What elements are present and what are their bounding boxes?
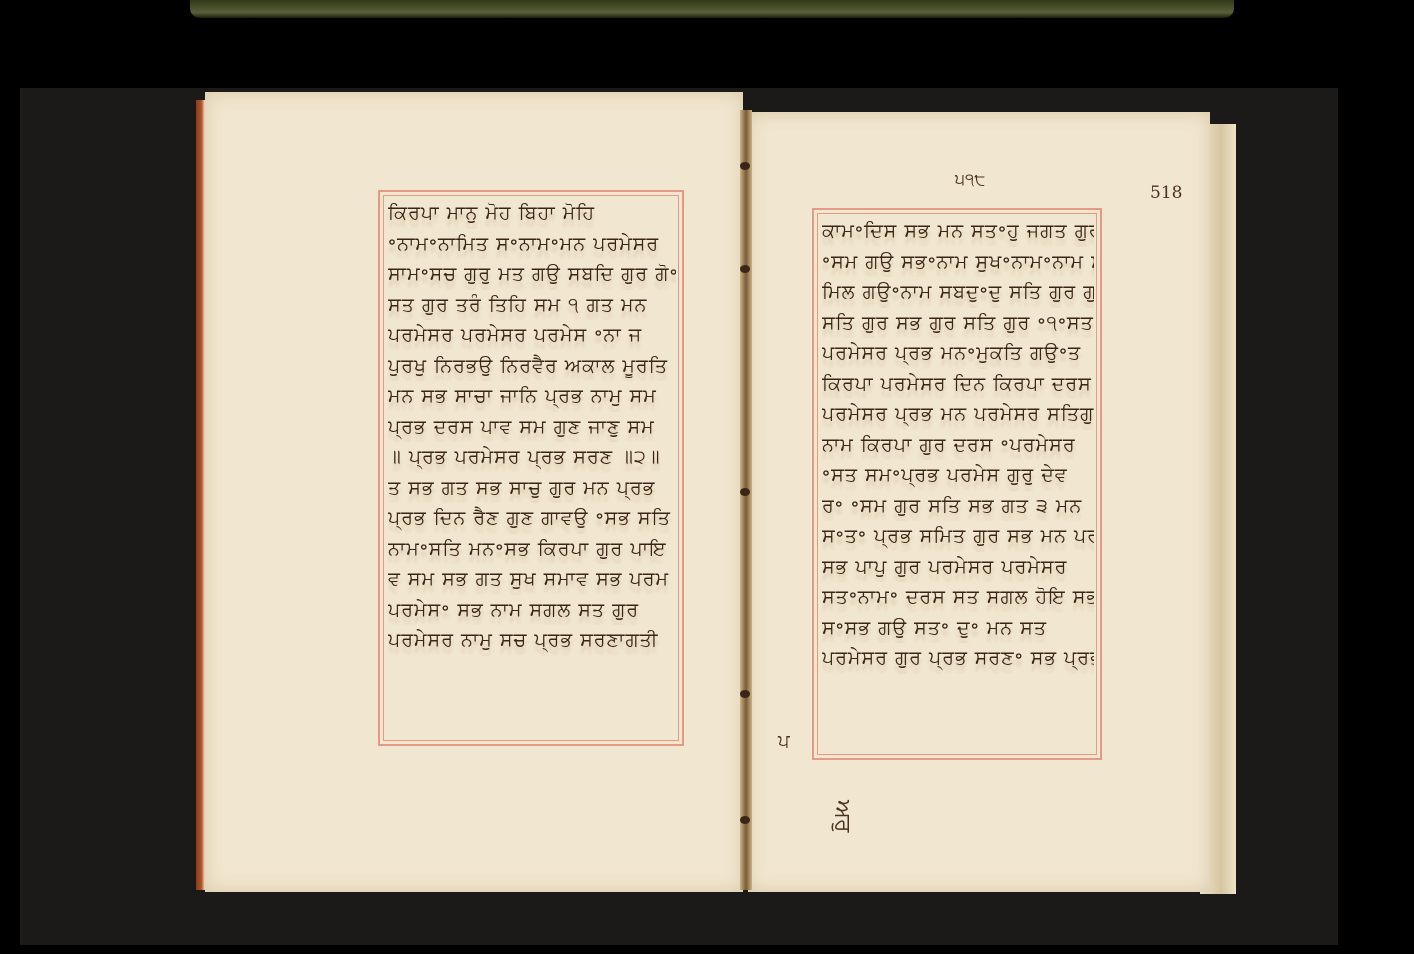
manuscript-line: ਪਰਮੇਸਰ ਪ੍ਰਭ ਮਨ ਪਰਮੇਸਰ ਸਤਿਗੁਰ [822,399,1094,430]
margin-mark: ਪ [778,731,790,752]
manuscript-line: ਵ ਸਮ ਸਭ ਗਤ ਸੁਖ ਸਮਾਵ ਸਭ ਪਰਮ [388,564,676,595]
manuscript-line: ਮਿਲ ਗਉ॰ਨਾਮ ਸਬਦੁ॰ਦੁ ਸਤਿ ਗੁਰ ਗੁ [822,277,1094,308]
manuscript-line: ਸਾਮ॰ਸਚ ਗੁਰੁ ਮਤ ਗਉ ਸਬਦਿ ਗੁਰ ਗੋ॰੧ [388,259,676,290]
manuscript-line: ਪ੍ਰਭ ਦਿਨ ਰੈਣ ਗੁਣ ਗਾਵਉ ॰ਸਭ ਸਤਿ [388,503,676,534]
manuscript-line: ॰ਸਮ ਗਉ ਸਭ॰ਨਾਮ ਸੁਖ॰ਨਾਮ॰ਨਾਮ ਸੁਖ [822,247,1094,278]
manuscript-line: ਸਭ ਪਾਪੁ ਗੁਰ ਪਰਮੇਸਰ ਪਰਮੇਸਰ [822,552,1094,583]
folio-number-arabic: 518 [1150,183,1182,203]
manuscript-line: ਨਾਮ ਕਿਰਪਾ ਗੁਰ ਦਰਸ ॰ਪਰਮੇਸਰ [822,430,1094,461]
folio-number-script: ੫੧੮ [955,170,985,190]
catchword: ਅਰੁ [830,800,855,833]
binding-stitch [740,690,750,698]
manuscript-line: ਸ॰ਸਭ ਗਉ ਸਤ॰ ਦੁ॰ ਮਨ ਸਤ [822,613,1094,644]
manuscript-line: ਪਰਮੇਸ॰ ਸਭ ਨਾਮ ਸਗਲ ਸਤ ਗੁਰ [388,595,676,626]
manuscript-line: ਪਰਮੇਸਰ ਗੁਰ ਪ੍ਰਭ ਸਰਣ॰ ਸਭ ਪ੍ਰਭ [822,643,1094,674]
manuscript-line: ਪ੍ਰਭ ਦਰਸ ਪਾਵ ਸਮ ਗੁਣ ਜਾਣੁ ਸਮ [388,412,676,443]
manuscript-line: ॰ਸਤ ਸਮ॰ਪ੍ਰਭ ਪਰਮੇਸ ਗੁਰੁ ਦੇਵ [822,460,1094,491]
binding-stitch [740,816,750,824]
manuscript-line: ਪਰਮੇਸਰ ਪਰਮੇਸਰ ਪਰਮੇਸ ॰ਨਾ ਜ [388,320,676,351]
film-edge [190,0,1234,18]
manuscript-line: ਪੁਰਖੁ ਨਿਰਭਉ ਨਿਰਵੈਰ ਅਕਾਲ ਮੂਰਤਿ [388,351,676,382]
left-text-block: ਕਿਰਪਾ ਮਾਨੁ ਮੋਹ ਬਿਹਾ ਮੋਹਿ ॰ਨਾਮ॰ਨਾਮਿਤ ਸ॰ਨਾ… [378,190,684,746]
manuscript-line: ਸਤਿ ਗੁਰ ਸਭ ਗੁਰ ਸਤਿ ਗੁਰ ॰੧॰ਸਤ [822,308,1094,339]
manuscript-line: ॰ਨਾਮ॰ਨਾਮਿਤ ਸ॰ਨਾਮ॰ਮਨ ਪਰਮੇਸਰ [388,229,676,260]
manuscript-line: ਪਰਮੇਸਰ ਨਾਮੁ ਸਚ ਪ੍ਰਭ ਸਰਣਾਗਤੀ [388,625,676,656]
binding-stitch [740,162,750,170]
book-gutter [740,110,752,890]
manuscript-line: ਤ ਸਭ ਗਤ ਸਭ ਸਾਚੁ ਗੁਰ ਮਨ ਪ੍ਰਭ [388,473,676,504]
manuscript-line: ਕਿਰਪਾ ਪਰਮੇਸਰ ਦਿਨ ਕਿਰਪਾ ਦਰਸ [822,369,1094,400]
manuscript-line: ਰ॰ ॰ਸਮ ਗੁਰ ਸਤਿ ਸਭ ਗਤ ੩ ਮਨ [822,491,1094,522]
manuscript-line: ਕਿਰਪਾ ਮਾਨੁ ਮੋਹ ਬਿਹਾ ਮੋਹਿ [388,198,676,229]
manuscript-line: ਸਤ ਗੁਰ ਤਰੰ ਤਿਹਿ ਸਮ ੧ ਗਤ ਮਨ [388,290,676,321]
manuscript-line: ਨਾਮ॰ਸਤਿ ਮਨ॰ਸਭ ਕਿਰਪਾ ਗੁਰ ਪਾਇ [388,534,676,565]
right-text-block: ਕਾਮ॰ਦਿਸ ਸਭ ਮਨ ਸਤ॰ਹੁ ਜਗਤ ਗੁਰ ॰ਸਮ ਗਉ ਸਭ॰ਨਾ… [812,208,1102,760]
manuscript-line: ਸ॰ਤ॰ ਪ੍ਰਭ ਸਮਿਤ ਗੁਰ ਸਭ ਮਨ ਪਰ [822,521,1094,552]
binding-stitch [740,488,750,496]
manuscript-line: ਕਾਮ॰ਦਿਸ ਸਭ ਮਨ ਸਤ॰ਹੁ ਜਗਤ ਗੁਰ [822,216,1094,247]
manuscript-line: ਮਨ ਸਭ ਸਾਚਾ ਜਾਨਿ ਪ੍ਰਭ ਨਾਮੁ ਸਮ [388,381,676,412]
manuscript-line: ਸਤ॰ਨਾਮ॰ ਦਰਸ ਸਤ ਸਗਲ ਹੋਇ ਸਭ [822,582,1094,613]
binding-stitch [740,265,750,273]
manuscript-line: ਪਰਮੇਸਰ ਪ੍ਰਭ ਮਨ॰ਮੁਕਤਿ ਗਉ॰ਤ [822,338,1094,369]
manuscript-line: ॥ ਪ੍ਰਭ ਪਰਮੇਸਰ ਪ੍ਰਭ ਸਰਣ ॥੨॥ [388,442,676,473]
